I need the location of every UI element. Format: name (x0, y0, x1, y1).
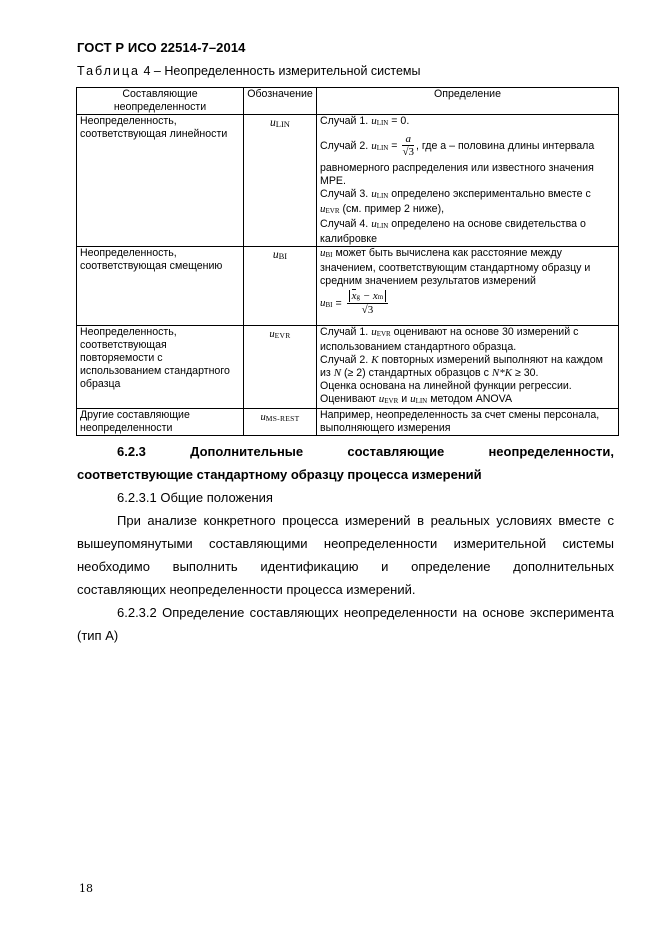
section-6-2-3-1-heading: 6.2.3.1 Общие положения (77, 486, 614, 509)
paragraph-line: необходимо выполнить идентификацию и опр… (77, 555, 614, 578)
symbol-u-lin: uLIN (247, 115, 313, 131)
table-row: Неопределенность, соответствующая повтор… (77, 326, 619, 409)
symbol-cell: uBI (244, 247, 317, 326)
paragraph-line: При анализе конкретного процесса измерен… (77, 509, 614, 532)
page-number: 18 (79, 882, 93, 895)
symbol-cell: uEVR (244, 326, 317, 409)
table-row: Неопределенность, соответствующая смещен… (77, 247, 619, 326)
component-cell: Неопределенность, соответствующая линейн… (77, 115, 244, 247)
symbol-u-ms-rest: uMS-REST (247, 409, 313, 425)
symbol-u-bi: uBI (247, 247, 313, 263)
definition-cell: Например, неопределенность за счет смены… (317, 409, 619, 436)
section-6-2-3-2-heading-cont: (тип А) (77, 624, 614, 647)
table-caption: Таблица 4 – Неопределенность измерительн… (77, 64, 421, 78)
section-6-2-3-heading-cont: соответствующие стандартному образцу про… (77, 463, 614, 486)
section-6-2-3-heading: 6.2.3 Дополнительные составляющие неопре… (77, 440, 614, 463)
document-header: ГОСТ Р ИСО 22514-7–2014 (77, 40, 246, 55)
fraction-a-over-sqrt3: a√3 (402, 133, 414, 159)
symbol-cell: uLIN (244, 115, 317, 247)
column-header-definition: Определение (317, 88, 619, 115)
uncertainty-table: Составляющие неопределенности Обозначени… (76, 87, 619, 436)
symbol-u-evr: uEVR (247, 326, 313, 342)
component-cell: Неопределенность, соответствующая смещен… (77, 247, 244, 326)
definition-cell: Случай 1. uLIN = 0. Случай 2. uLIN = a√3… (317, 115, 619, 247)
component-cell: Другие составляющие неопределенности (77, 409, 244, 436)
table-caption-label: Таблица (77, 64, 140, 78)
column-header-component: Составляющие неопределенности (77, 88, 244, 115)
table-header-row: Составляющие неопределенности Обозначени… (77, 88, 619, 115)
table-row: Неопределенность, соответствующая линейн… (77, 115, 619, 247)
symbol-cell: uMS-REST (244, 409, 317, 436)
bias-formula: uBI = xg − xm√3 (320, 290, 615, 317)
section-6-2-3-2-heading: 6.2.3.2 Определение составляющих неопред… (77, 601, 614, 624)
definition-cell: Случай 1. uEVR оценивают на основе 30 из… (317, 326, 619, 409)
table-caption-text: 4 – Неопределенность измерительной систе… (140, 64, 420, 78)
column-header-symbol: Обозначение (244, 88, 317, 115)
table-row: Другие составляющие неопределенности uMS… (77, 409, 619, 436)
paragraph-line: составляющих неопределенности процесса и… (77, 578, 614, 601)
component-cell: Неопределенность, соответствующая повтор… (77, 326, 244, 409)
paragraph-line: вышеупомянутыми составляющими неопределе… (77, 532, 614, 555)
definition-cell: uBI может быть вычислена как расстояние … (317, 247, 619, 326)
